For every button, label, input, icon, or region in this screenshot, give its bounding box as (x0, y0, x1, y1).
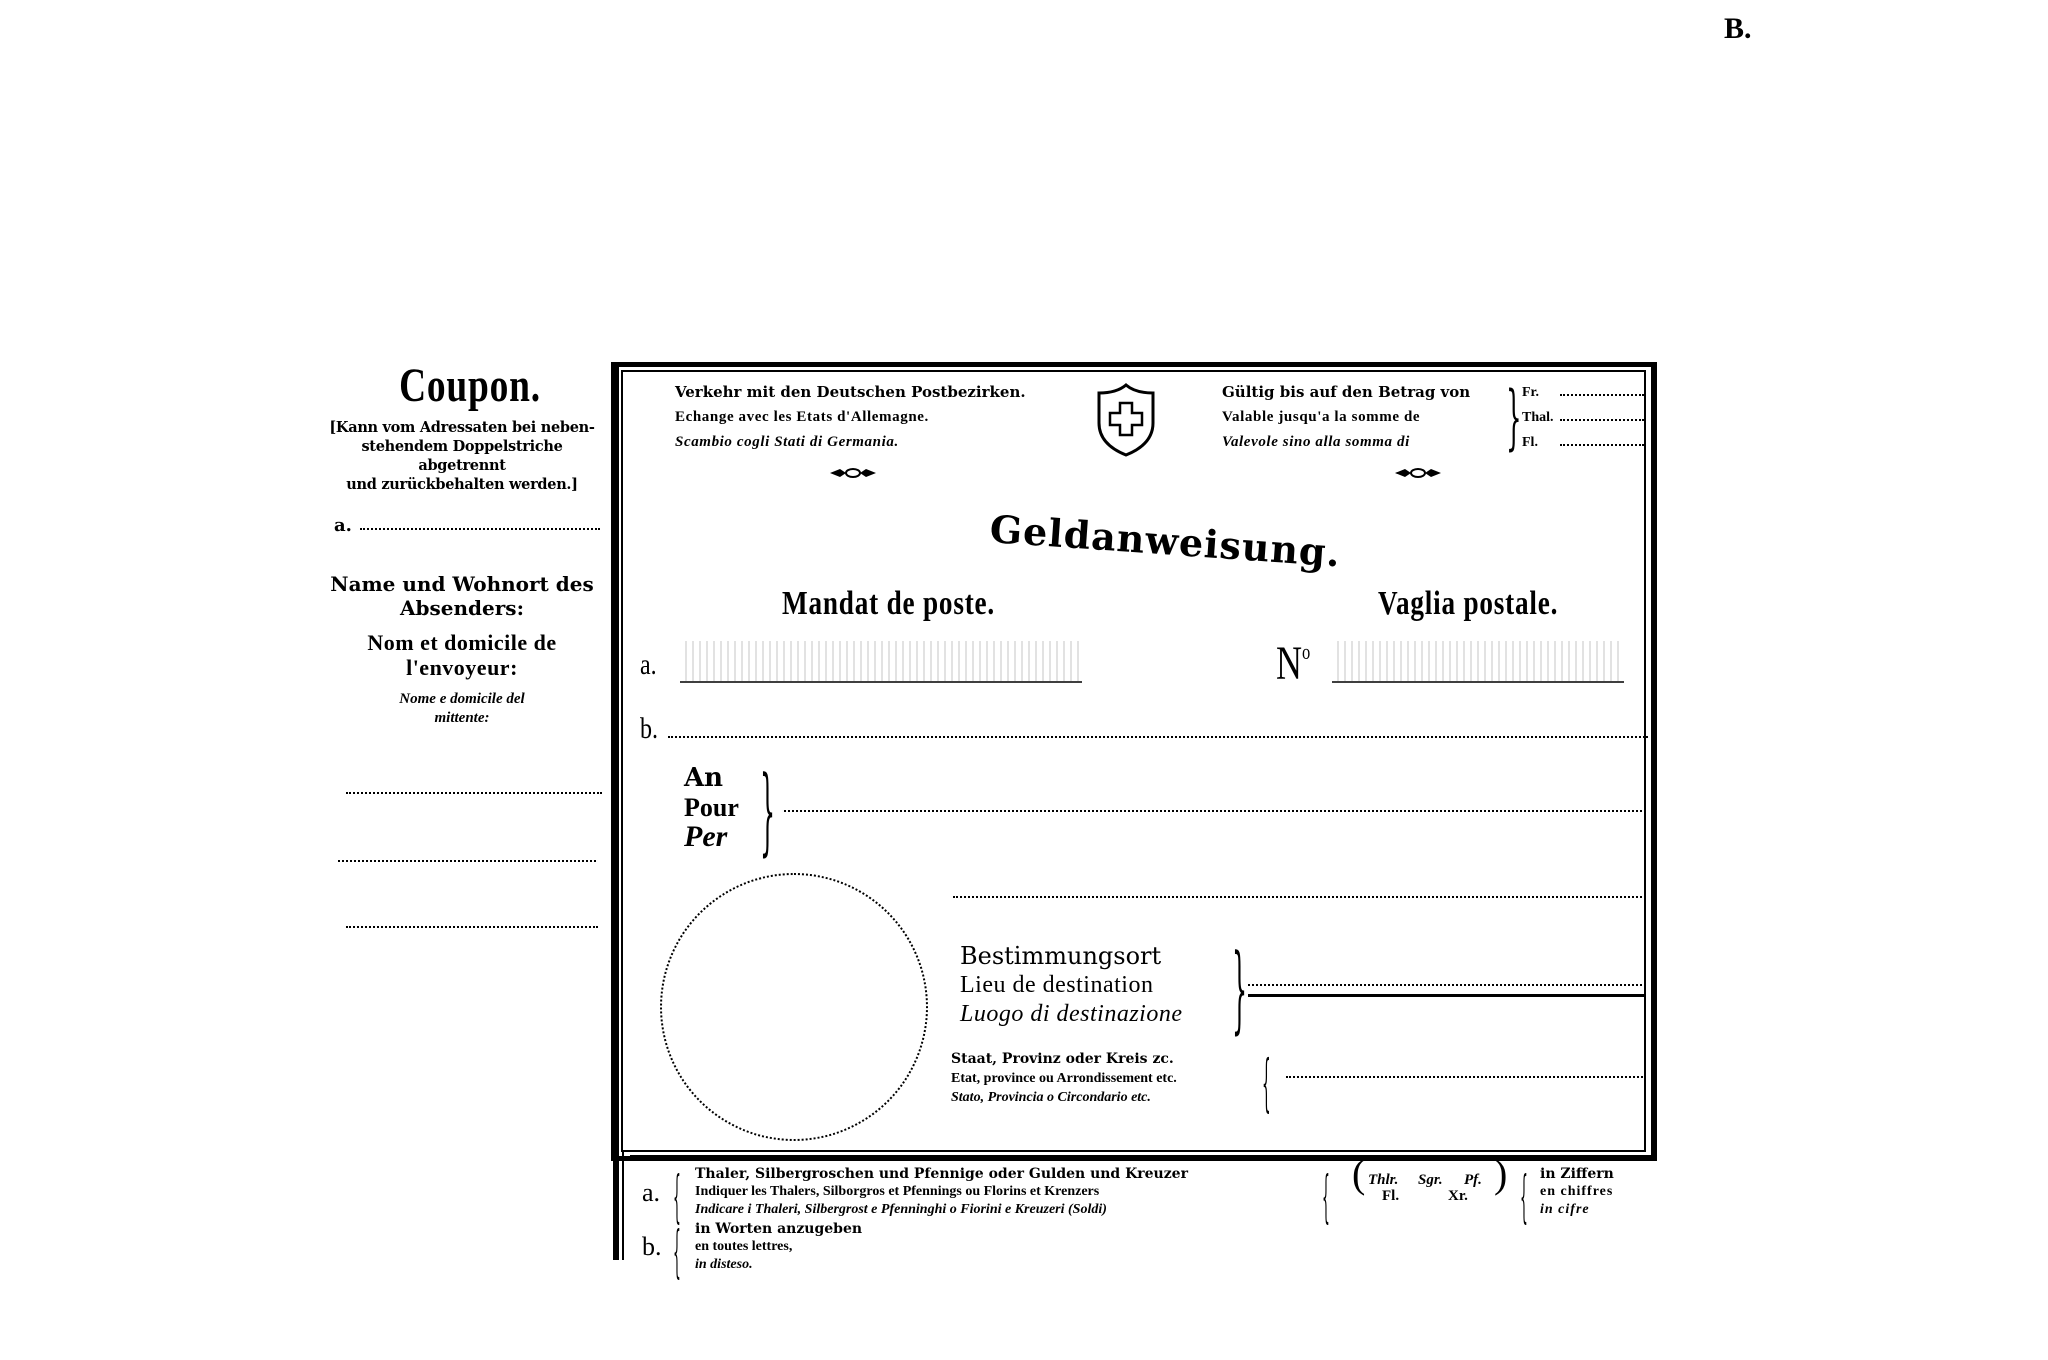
figures-it: in cifre (1540, 1201, 1614, 1219)
number-label-text: N (1276, 637, 1302, 690)
ornament-icon (1393, 466, 1443, 480)
figures-label: in Ziffern en chiffres in cifre (1540, 1165, 1614, 1219)
currency-label: Fr. (1522, 380, 1556, 405)
footer-a-fr: Indiquer les Thalers, Silborgros et Pfen… (695, 1183, 1188, 1201)
footer-a-de: Thaler, Silbergroschen und Pfennige oder… (695, 1165, 1188, 1183)
swiss-cross-shield-icon (1095, 383, 1157, 457)
page-letter: B. (1724, 12, 1752, 46)
currency-amount-input[interactable] (1560, 436, 1644, 446)
destination-underline (1248, 994, 1646, 997)
coupon-note-line: stehendem Doppelstriche abgetrennt (326, 437, 598, 475)
region-label-fr: Etat, province ou Arrondissement etc. (951, 1069, 1177, 1088)
coupon-note-line: und zurückbehalten werden.] (326, 475, 598, 494)
sender-line-2-input[interactable] (338, 860, 596, 862)
row-b-input[interactable] (668, 736, 1648, 738)
sender-label-de-line: Absenders: (326, 596, 598, 620)
coupon-note-line: [Kann vom Adressaten bei neben- (326, 418, 598, 437)
sender-label-de-line: Name und Wohnort des (326, 572, 598, 596)
footer-a-label: a. (642, 1178, 660, 1208)
currency-row: Fr. (1522, 380, 1644, 405)
region-label: Staat, Provinz oder Kreis zc. Etat, prov… (951, 1050, 1177, 1107)
row-a-label: a. (640, 648, 657, 682)
brace-icon: { (1520, 1170, 1528, 1226)
footer-b-label: b. (642, 1232, 662, 1262)
sender-label-it: Nome e domicile del mittente: (326, 690, 598, 728)
region-label-it: Stato, Provincia o Circondario etc. (951, 1088, 1177, 1107)
recipient-input[interactable] (784, 810, 1646, 812)
sender-label-it-line: mittente: (326, 709, 598, 728)
footer-a-text: Thaler, Silbergroschen und Pfennige oder… (695, 1165, 1188, 1219)
region-input[interactable] (1286, 1076, 1646, 1078)
perforation-thin-rule (622, 1150, 624, 1260)
figures-de: in Ziffern (1540, 1165, 1614, 1183)
unit-pf: Pf. (1464, 1172, 1482, 1188)
currency-label: Thal. (1522, 405, 1556, 430)
unit-thlr: Thlr. (1368, 1172, 1398, 1188)
brace-icon: } (1232, 942, 1247, 1037)
currency-label: Fl. (1522, 430, 1556, 455)
header-valid-amount-text: Gültig bis auf den Betrag von Valable ju… (1222, 380, 1470, 455)
number-label-sup: o (1302, 639, 1310, 664)
header-exchange-de: Verkehr mit den Deutschen Postbezirken. (675, 380, 1026, 405)
number-input[interactable] (1332, 641, 1624, 683)
sender-label-it-line: Nome e domicile del (326, 690, 598, 709)
sender-label-fr: Nom et domicile de l'envoyeur: (326, 630, 598, 680)
currency-amount-input[interactable] (1560, 411, 1644, 421)
figures-fr: en chiffres (1540, 1183, 1614, 1201)
sender-line-1-input[interactable] (346, 792, 602, 794)
currency-row: Fl. (1522, 430, 1644, 455)
header-valid-it: Valevole sino alla somma di (1222, 430, 1470, 455)
destination-label-fr: Lieu de destination (960, 971, 1183, 1000)
sender-label-de: Name und Wohnort des Absenders: (326, 572, 598, 620)
coupon-note: [Kann vom Adressaten bei neben- stehende… (326, 418, 598, 494)
brace-icon: { (673, 1225, 681, 1281)
postmark-stamp-area (660, 873, 928, 1141)
footer-b-it: in disteso. (695, 1256, 862, 1274)
recipient-label-it: Per (684, 822, 739, 851)
brace-icon: { (1262, 1052, 1271, 1114)
recipient-label-fr: Pour (684, 793, 739, 822)
unit-sgr: Sgr. (1418, 1172, 1443, 1188)
recipient-label-de: An (684, 764, 739, 793)
number-label: No (1276, 636, 1310, 691)
footer-b-text: in Worten anzugeben en toutes lettres, i… (695, 1220, 862, 1274)
footer-b-fr: en toutes lettres, (695, 1238, 862, 1256)
perforation-double-rule (613, 362, 619, 1260)
destination-label-de: Bestimmungsort (960, 942, 1183, 971)
header-exchange-it: Scambio cogli Stati di Germania. (675, 430, 1026, 455)
paren-open-icon: ( (1352, 1166, 1365, 1182)
destination-label-it: Luogo di destinazione (960, 1000, 1183, 1029)
form-title-it: Vaglia postale. (1378, 585, 1558, 623)
currency-amount-list: Fr. Thal. Fl. (1522, 380, 1644, 455)
currency-units: ( Thlr. Sgr. Pf. Fl. Xr. ) (1352, 1172, 1512, 1212)
header-exchange-text: Verkehr mit den Deutschen Postbezirken. … (675, 380, 1026, 455)
header-valid-fr: Valable jusqu'a la somme de (1222, 405, 1470, 430)
destination-label: Bestimmungsort Lieu de destination Luogo… (960, 942, 1183, 1029)
currency-row: Thal. (1522, 405, 1644, 430)
sender-label-fr-line: l'envoyeur: (326, 655, 598, 680)
recipient-line-2-input[interactable] (953, 896, 1646, 898)
brace-icon: } (1506, 382, 1522, 452)
footer-b-de: in Worten anzugeben (695, 1220, 862, 1238)
header-exchange-fr: Echange avec les Etats d'Allemagne. (675, 405, 1026, 430)
region-label-de: Staat, Provinz oder Kreis zc. (951, 1050, 1177, 1069)
footer-a-it: Indicare i Thaleri, Silbergrost e Pfenni… (695, 1201, 1188, 1219)
ornament-icon (828, 466, 878, 480)
unit-fl: Fl. (1382, 1188, 1399, 1204)
currency-amount-input[interactable] (1560, 386, 1644, 396)
recipient-label: An Pour Per (684, 764, 739, 851)
brace-icon: { (1322, 1170, 1330, 1226)
row-b-label: b. (640, 712, 658, 746)
paren-close-icon: ) (1494, 1166, 1507, 1182)
coupon-title: Coupon. (361, 358, 579, 413)
form-title-fr: Mandat de poste. (782, 585, 995, 623)
unit-xr: Xr. (1448, 1188, 1468, 1204)
coupon-field-a-input[interactable] (360, 528, 600, 530)
sender-label-fr-line: Nom et domicile de (326, 630, 598, 655)
coupon-field-a-label: a. (334, 515, 352, 536)
destination-input[interactable] (1248, 984, 1646, 986)
brace-icon: { (673, 1170, 681, 1226)
brace-icon: } (760, 764, 775, 859)
header-valid-de: Gültig bis auf den Betrag von (1222, 380, 1470, 405)
sender-line-3-input[interactable] (346, 926, 598, 928)
row-a-input[interactable] (680, 641, 1082, 683)
